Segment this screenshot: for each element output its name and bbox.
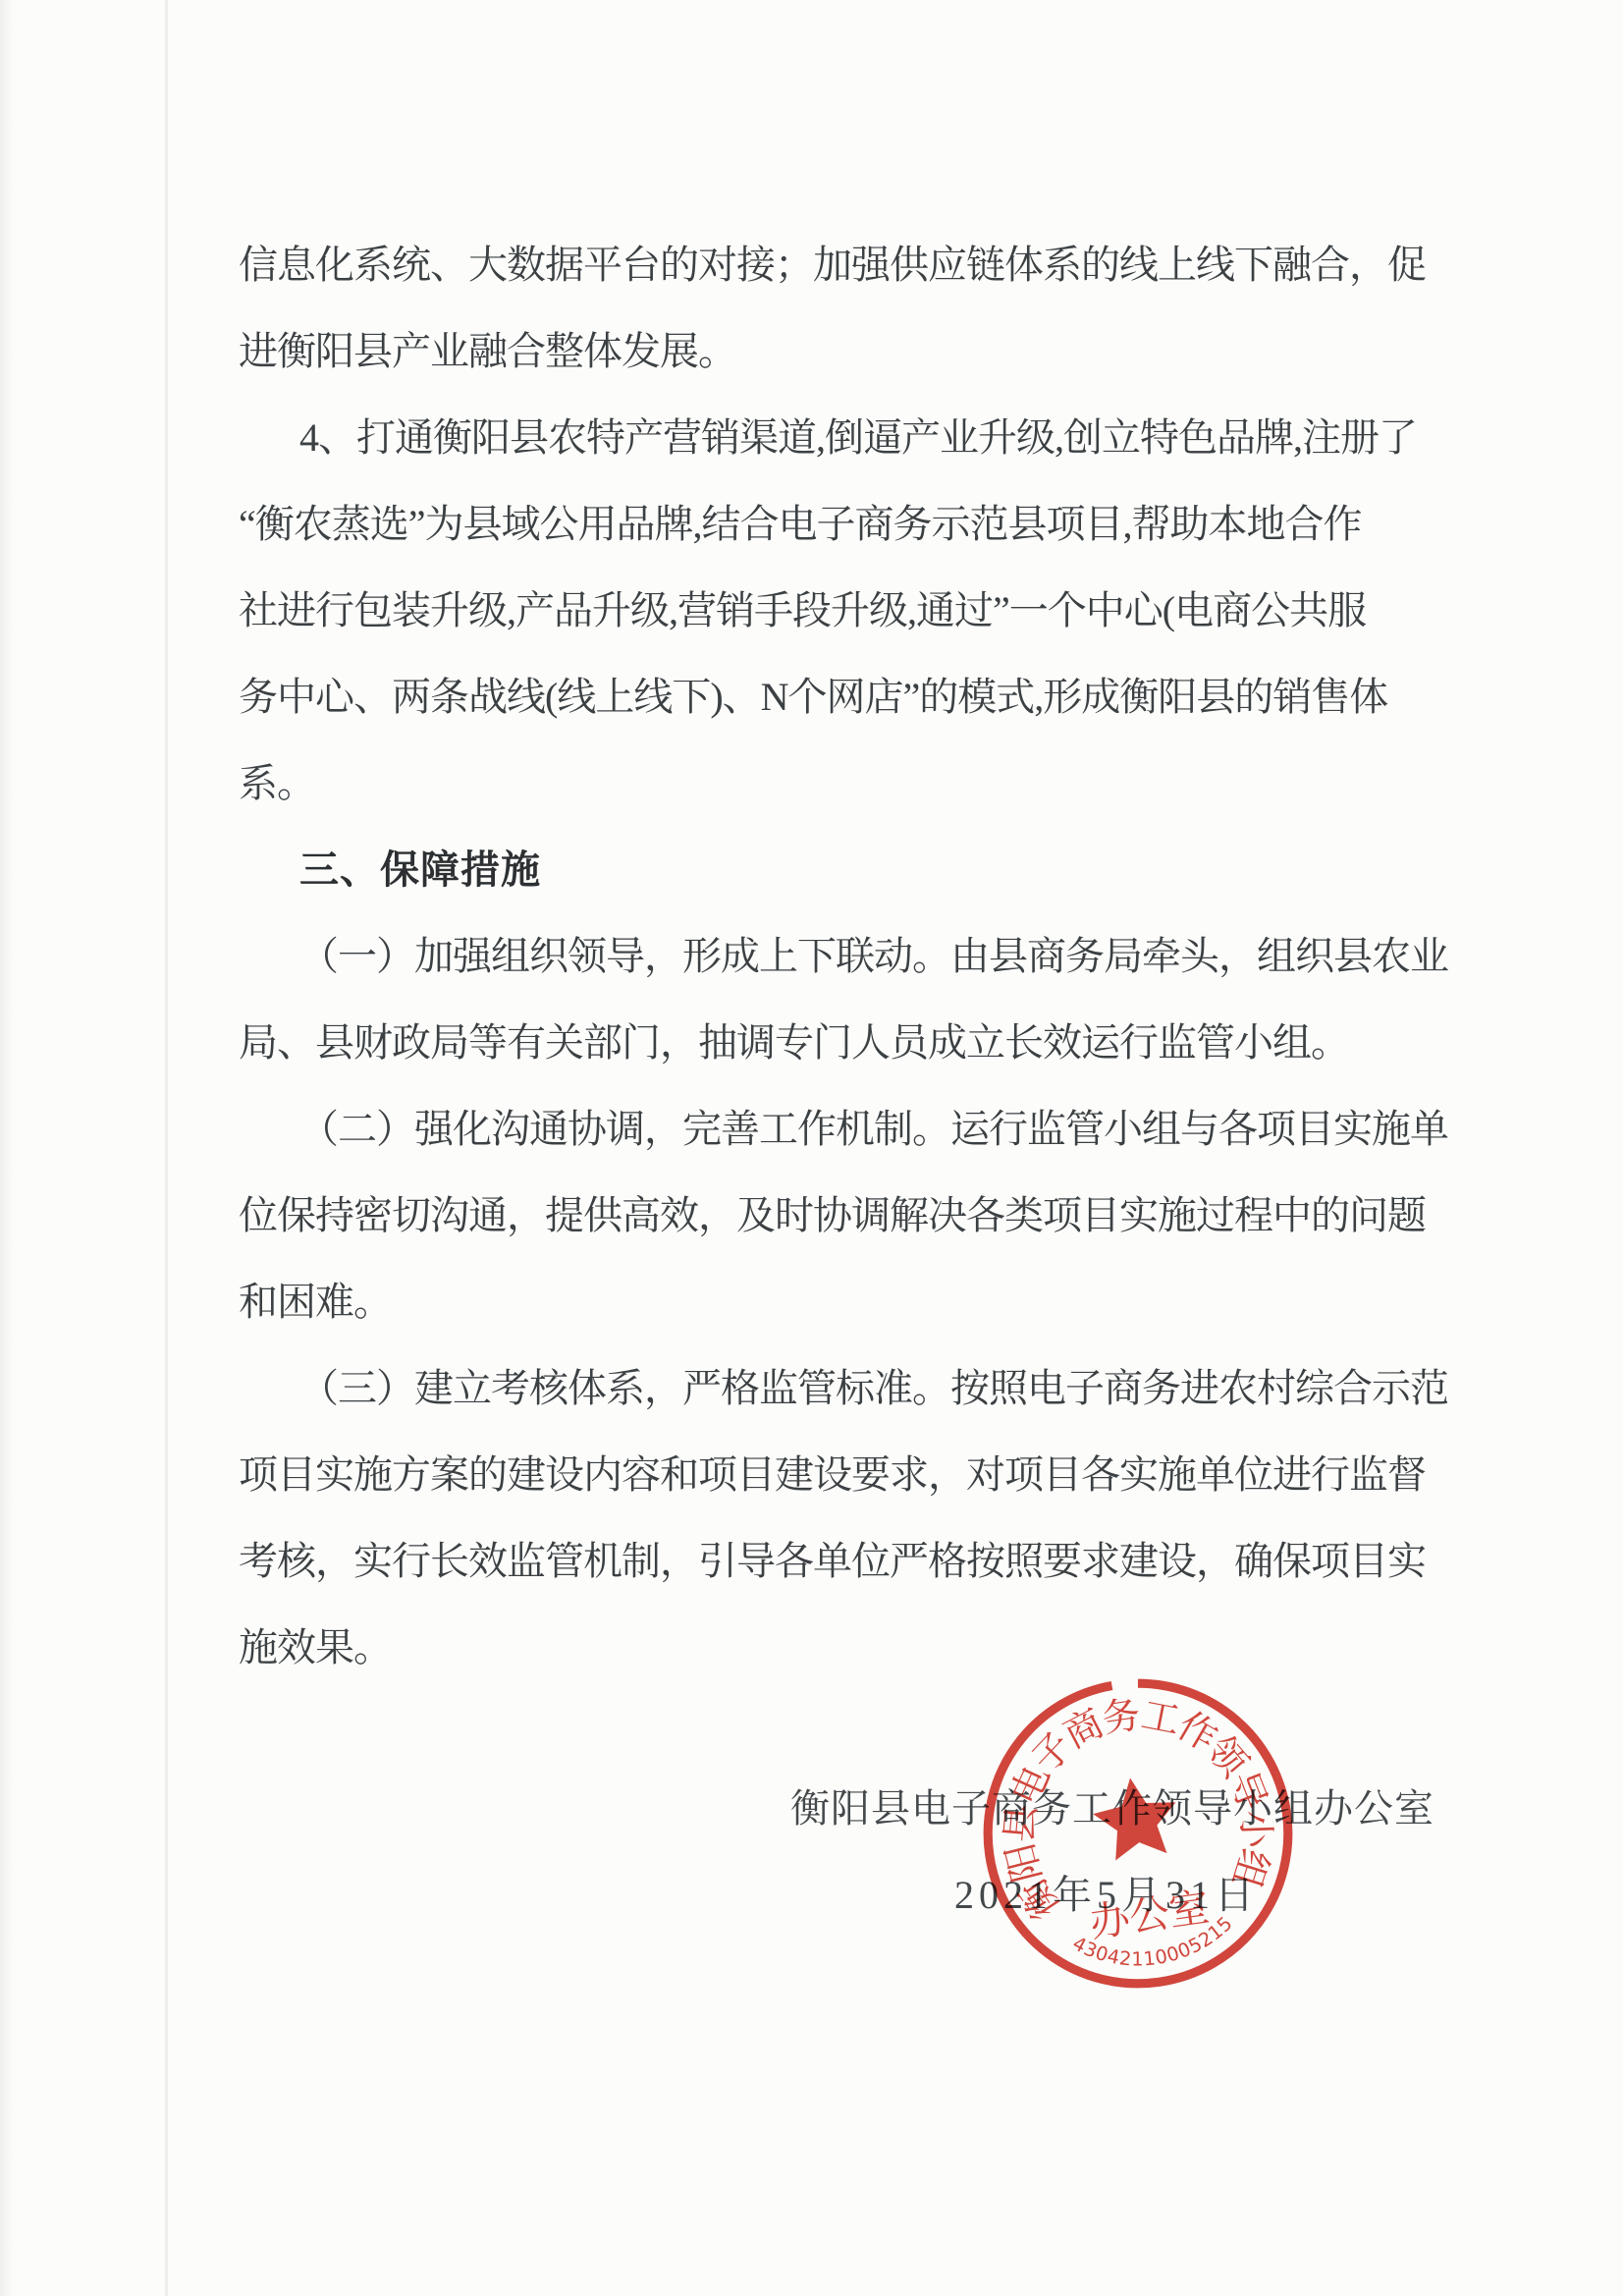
- document-body: 信息化系统、大数据平台的对接；加强供应链体系的线上线下融合，促 进衡阳县产业融合…: [239, 222, 1434, 1691]
- document-page: 信息化系统、大数据平台的对接；加强供应链体系的线上线下融合，促 进衡阳县产业融合…: [0, 0, 1623, 2296]
- scan-crease-line: [165, 0, 168, 2296]
- body-line: 4、打通衡阳县农特产营销渠道,倒逼产业升级,创立特色品牌,注册了: [239, 395, 1434, 481]
- body-line: 社进行包装升级,产品升级,营销手段升级,通过”一个中心(电商公共服: [239, 568, 1434, 654]
- body-line: 考核，实行长效监管机制，引导各单位严格按照要求建设，确保项目实: [239, 1518, 1434, 1605]
- section-heading: 三、保障措施: [239, 827, 1434, 913]
- body-line: 和困难。: [239, 1259, 1434, 1345]
- body-line: （三）建立考核体系，严格监管标准。按照电子商务进农村综合示范: [239, 1345, 1434, 1432]
- body-line: 信息化系统、大数据平台的对接；加强供应链体系的线上线下融合，促: [239, 222, 1434, 308]
- official-seal: 衡阳县电子商务工作领导小组 办公室 43042110005215: [957, 1653, 1319, 2014]
- body-line: （一）加强组织领导，形成上下联动。由县商务局牵头，组织县农业: [239, 913, 1434, 1000]
- page-edge-shadow: [0, 0, 14, 2296]
- body-line: “衡农蒸选”为县域公用品牌,结合电子商务示范县项目,帮助本地合作: [239, 481, 1434, 568]
- body-line: 进衡阳县产业融合整体发展。: [239, 308, 1434, 395]
- star-icon: [1089, 1773, 1183, 1863]
- body-line: 局、县财政局等有关部门，抽调专门人员成立长效运行监管小组。: [239, 1000, 1434, 1086]
- body-line: 位保持密切沟通，提供高效，及时协调解决各类项目实施过程中的问题: [239, 1173, 1434, 1259]
- body-line: 项目实施方案的建设内容和项目建设要求，对项目各实施单位进行监督: [239, 1432, 1434, 1518]
- body-line: 务中心、两条战线(线上线下)、N个网店”的模式,形成衡阳县的销售体: [239, 654, 1434, 740]
- body-line: 系。: [239, 740, 1434, 827]
- body-line: （二）强化沟通协调，完善工作机制。运行监管小组与各项目实施单: [239, 1086, 1434, 1173]
